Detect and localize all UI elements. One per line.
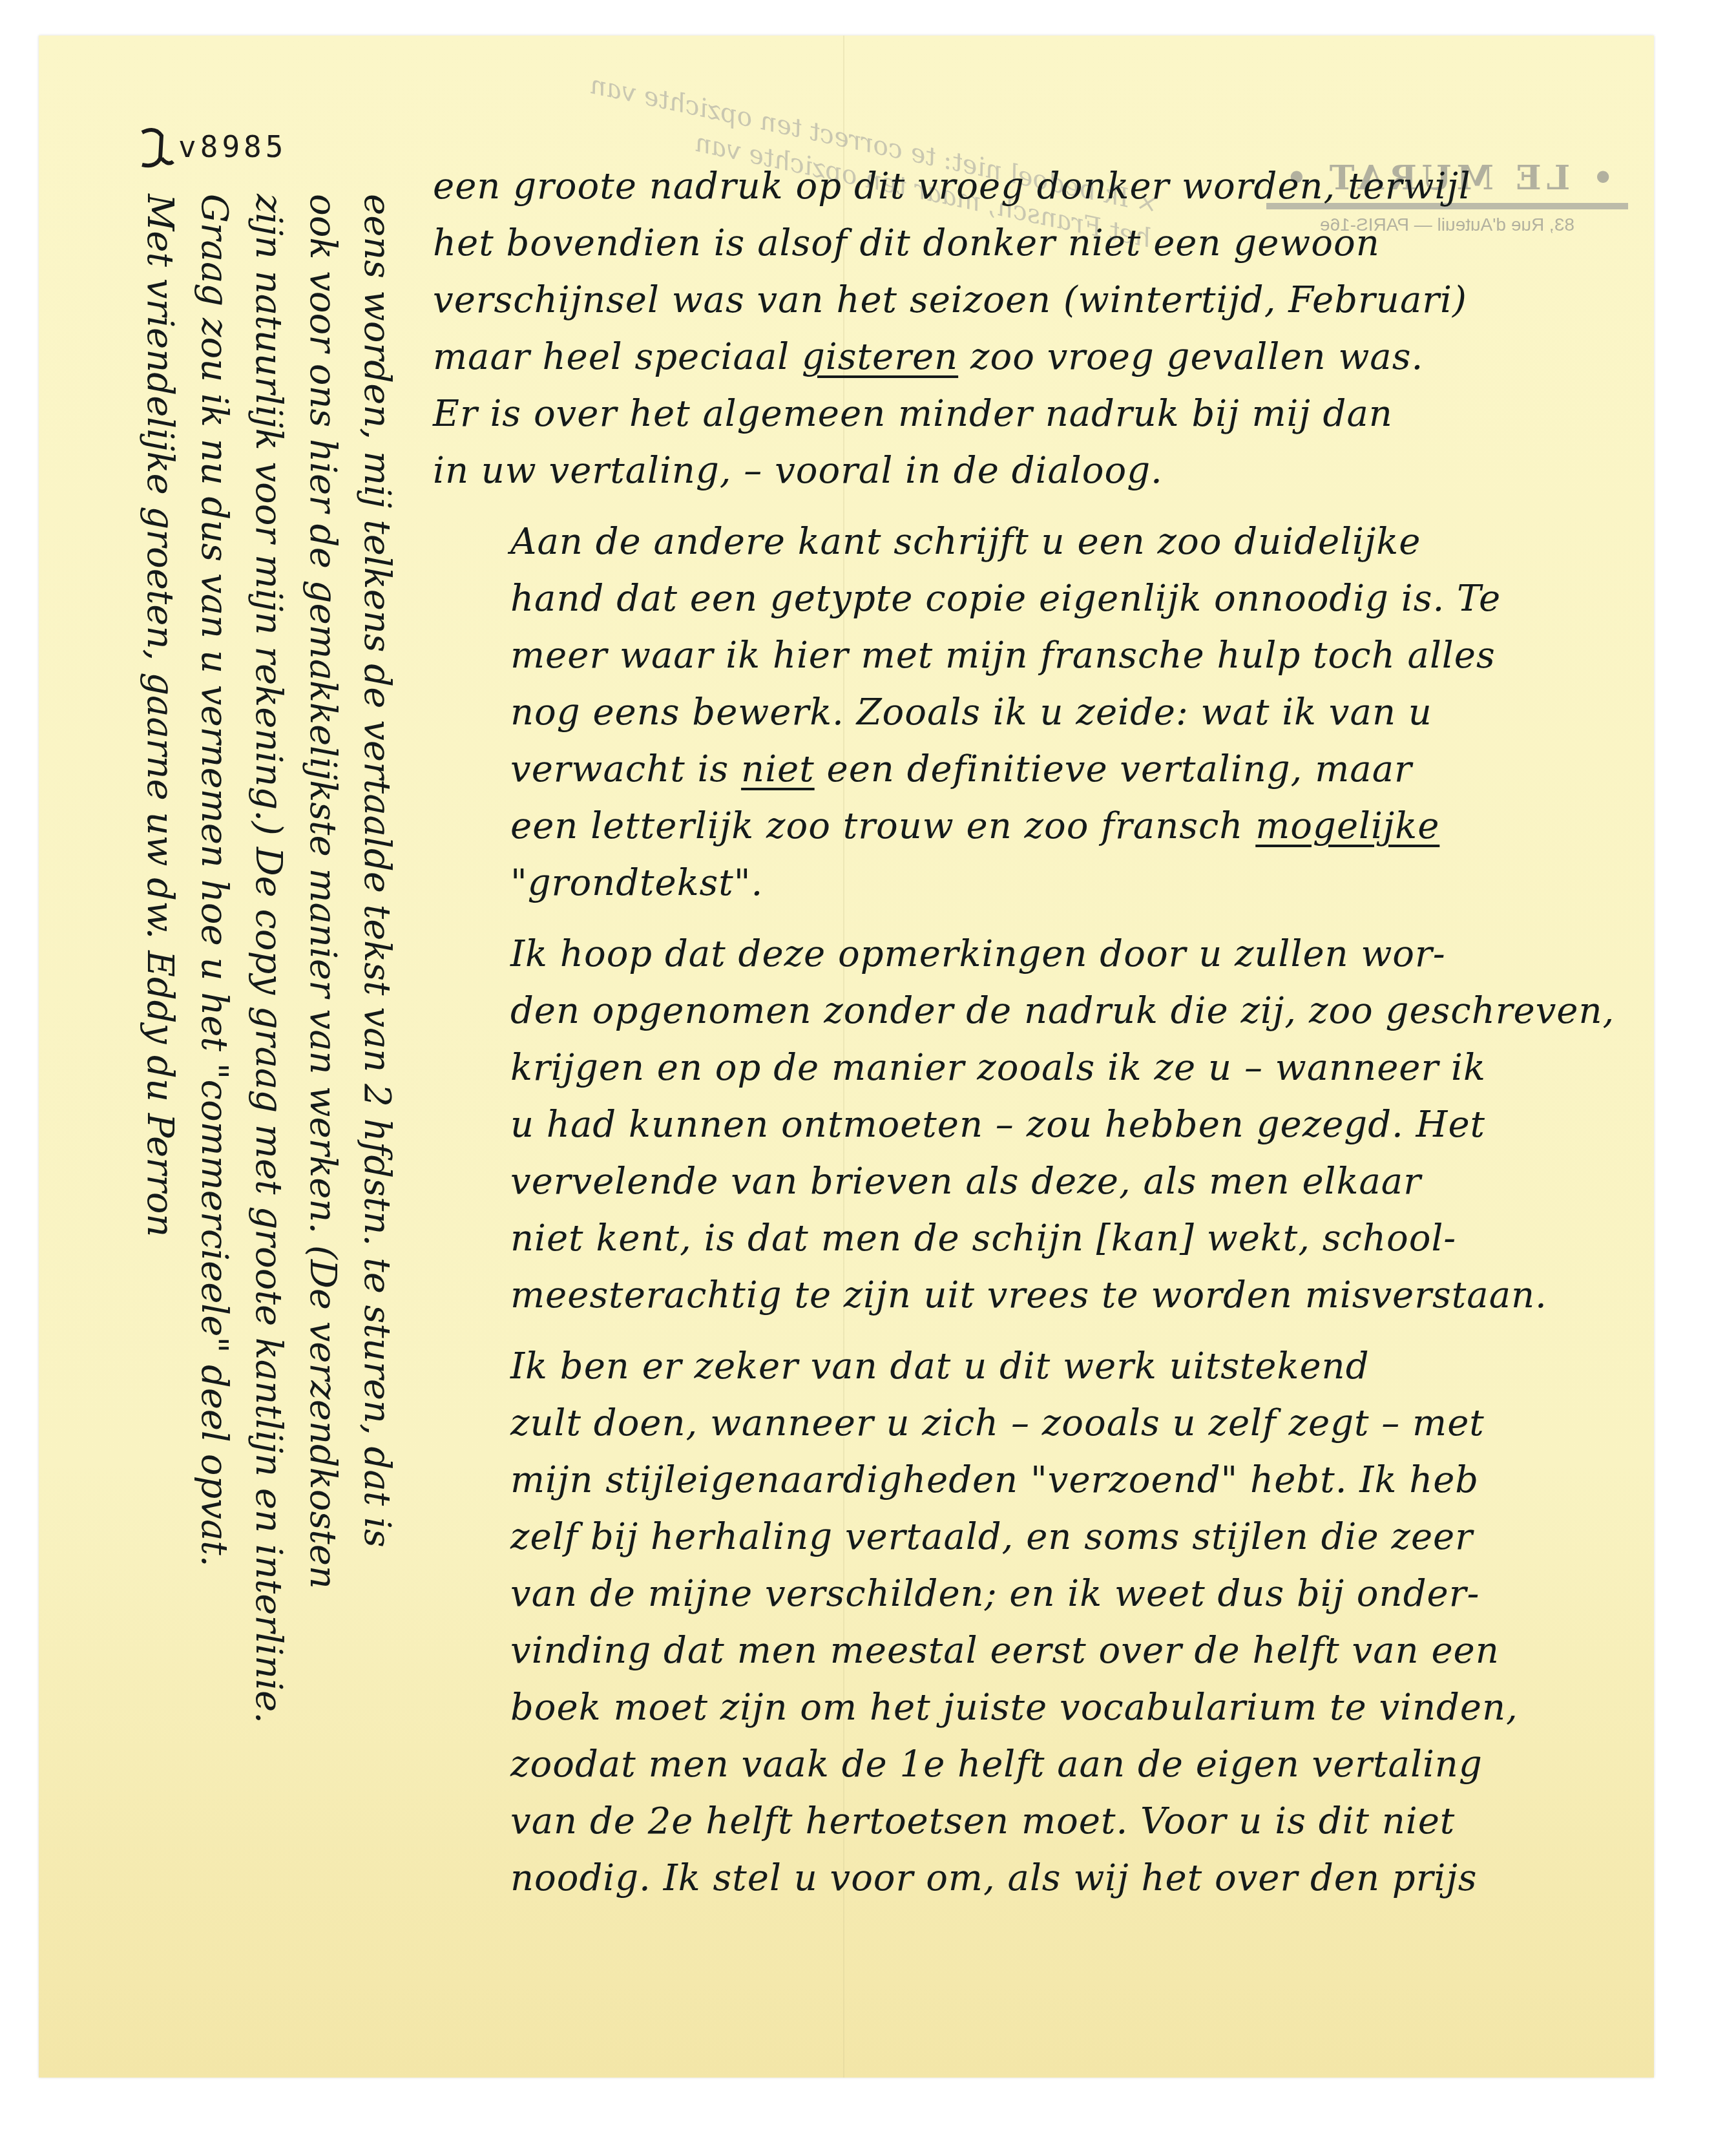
paragraph-3: Ik hoop dat deze opmerkingen door u zull… xyxy=(433,926,1699,1324)
text-line: hand dat een getypte copie eigenlijk onn… xyxy=(433,571,1699,627)
text-line: vervelende van brieven als deze, als men… xyxy=(433,1153,1699,1210)
text-line: in uw vertaling, – vooral in de dialoog. xyxy=(433,443,1699,500)
text-line: verwacht is niet een definitieve vertali… xyxy=(433,741,1699,798)
archive-stamp-icon xyxy=(136,126,174,171)
text-line: den opgenomen zonder de nadruk die zij, … xyxy=(433,983,1699,1040)
text-line: mijn stijleigenaardigheden "verzoend" he… xyxy=(433,1452,1699,1509)
margin-line: ook voor ons hier de gemakkelijkste mani… xyxy=(295,194,350,2068)
paragraph-1: een groote nadruk op dit vroeg donker wo… xyxy=(433,158,1699,500)
text-line: zoodat men vaak de 1e helft aan de eigen… xyxy=(433,1736,1699,1793)
text-line: een groote nadruk op dit vroeg donker wo… xyxy=(433,158,1699,215)
archive-id: v8985 xyxy=(136,126,287,171)
archive-number: v8985 xyxy=(178,129,287,164)
letter-body: een groote nadruk op dit vroeg donker wo… xyxy=(433,158,1699,1921)
text-line: verschijnsel was van het seizoen (winter… xyxy=(433,272,1699,329)
margin-line: eens worden, mij telkens de vertaalde te… xyxy=(350,194,404,2068)
text-line: u had kunnen ontmoeten – zou hebben geze… xyxy=(433,1097,1699,1153)
text-line: meer waar ik hier met mijn fransche hulp… xyxy=(433,627,1699,684)
text-line: zelf bij herhaling vertaald, en soms sti… xyxy=(433,1509,1699,1566)
text-line: van de mijne verschilden; en ik weet dus… xyxy=(433,1566,1699,1623)
text-line: nog eens bewerk. Zooals ik u zeide: wat … xyxy=(433,684,1699,741)
text-line: krijgen en op de manier zooals ik ze u –… xyxy=(433,1040,1699,1097)
paragraph-4: Ik ben er zeker van dat u dit werk uitst… xyxy=(433,1338,1699,1907)
text-line: van de 2e helft hertoetsen moet. Voor u … xyxy=(433,1793,1699,1850)
text-line: boek moet zijn om het juiste vocabulariu… xyxy=(433,1679,1699,1736)
margin-line: Graag zou ik nu dus van u vernemen hoe u… xyxy=(187,194,241,2068)
text-line: zult doen, wanneer u zich – zooals u zel… xyxy=(433,1395,1699,1452)
text-line: Ik hoop dat deze opmerkingen door u zull… xyxy=(510,933,1446,975)
text-line: Er is over het algemeen minder nadruk bi… xyxy=(433,386,1699,443)
text-line: maar heel speciaal gisteren zoo vroeg ge… xyxy=(433,329,1699,386)
text-line: een letterlijk zoo trouw en zoo fransch … xyxy=(433,798,1699,855)
text-line: meesterachtig te zijn uit vrees te worde… xyxy=(433,1267,1699,1324)
text-line: Ik ben er zeker van dat u dit werk uitst… xyxy=(510,1345,1370,1387)
text-line: "grondtekst". xyxy=(433,855,1699,912)
margin-line: Met vriendelijke groeten, gaarne uw dw. … xyxy=(132,194,187,2068)
text-line: het bovendien is alsof dit donker niet e… xyxy=(433,215,1699,272)
text-line: niet kent, is dat men de schijn [kan] we… xyxy=(433,1210,1699,1267)
text-line: noodig. Ik stel u voor om, als wij het o… xyxy=(433,1850,1699,1907)
vertical-margin-note: eens worden, mij telkens de vertaalde te… xyxy=(132,194,404,2068)
text-line: Aan de andere kant schrijft u een zoo du… xyxy=(510,521,1421,563)
margin-line: zijn natuurlijk voor mijn rekening.) De … xyxy=(241,194,295,2068)
paragraph-2: Aan de andere kant schrijft u een zoo du… xyxy=(433,514,1699,912)
text-line: vinding dat men meestal eerst over de he… xyxy=(433,1623,1699,1679)
